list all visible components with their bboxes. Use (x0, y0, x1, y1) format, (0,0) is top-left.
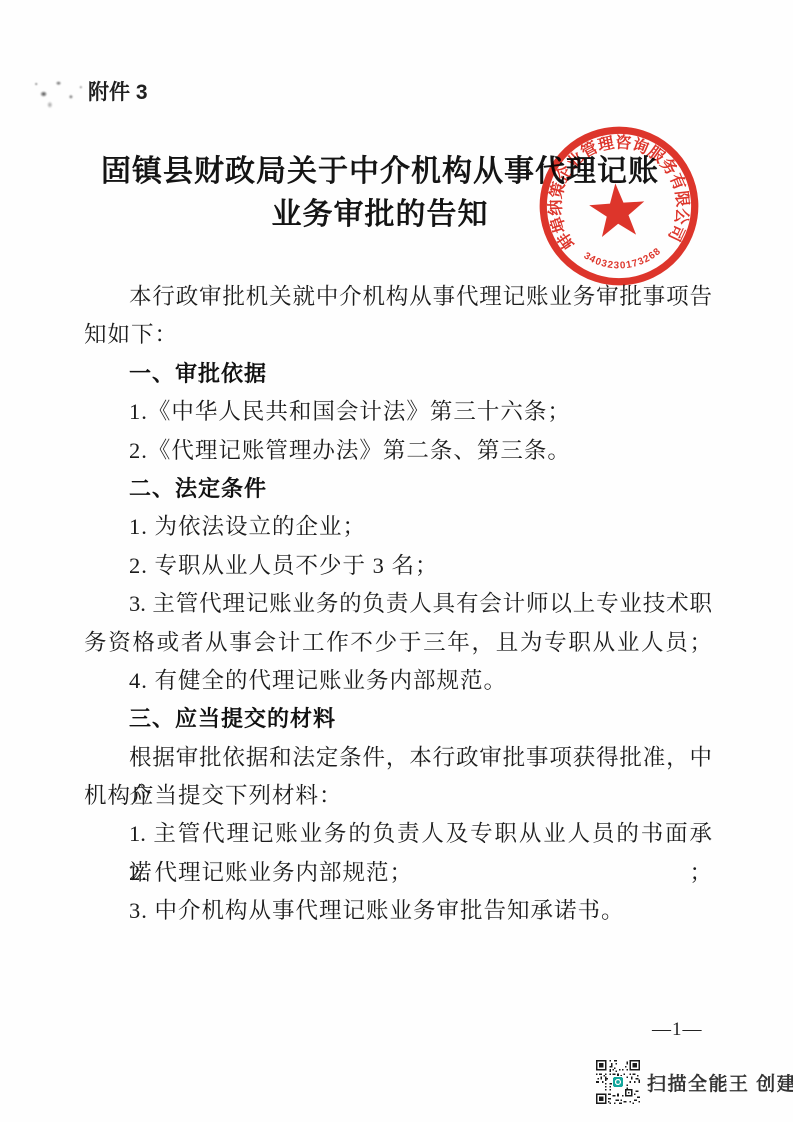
body-line: 1.《中华人民共和国会计法》第三十六条； (84, 393, 712, 431)
body-line: 一、审批依据 (84, 355, 712, 393)
scan-smudge (30, 72, 92, 112)
body-line: 1. 为依法设立的企业； (84, 508, 712, 546)
body-line: 务资格或者从事会计工作不少于三年，且为专职从业人员； (84, 624, 712, 662)
body-line: 2.《代理记账管理办法》第二条、第三条。 (84, 432, 712, 470)
page-number: —1— (652, 1019, 703, 1041)
body-line: 知如下： (84, 316, 712, 354)
qr-code-icon (596, 1060, 640, 1104)
star-icon (588, 181, 647, 237)
document-body: 本行政审批机关就中介机构从事代理记账业务审批事项告知如下：一、审批依据1.《中华… (84, 278, 712, 931)
body-line: 机构应当提交下列材料： (84, 777, 712, 815)
body-line: 3. 中介机构从事代理记账业务审批告知承诺书。 (84, 892, 712, 930)
scanner-label: 扫描全能王 创建 (647, 1069, 793, 1096)
svg-text:3403230173268: 3403230173268 (581, 245, 665, 274)
document-page: 附件 3 固镇县财政局关于中介机构从事代理记账 业务审批的告知 蚌埠纳策企业管理… (0, 0, 793, 1122)
body-line: 4. 有健全的代理记账业务内部规范。 (84, 662, 712, 700)
body-line: 三、应当提交的材料 (84, 700, 712, 738)
company-seal: 蚌埠纳策企业管理咨询服务有限公司 3403230173268 (536, 123, 702, 289)
attachment-label: 附件 3 (88, 76, 148, 106)
seal-number-text: 3403230173268 (581, 245, 665, 274)
body-line: 2. 专职从业人员不少于 3 名； (84, 547, 712, 585)
body-line: 二、法定条件 (84, 470, 712, 508)
scanner-footer: 扫描全能王 创建 (596, 1060, 793, 1104)
body-line: 3. 主管代理记账业务的负责人具有会计师以上专业技术职 (84, 585, 712, 623)
body-line: 1. 主管代理记账业务的负责人及专职从业人员的书面承诺； (84, 815, 712, 853)
body-line: 根据审批依据和法定条件，本行政审批事项获得批准，中介 (84, 739, 712, 777)
